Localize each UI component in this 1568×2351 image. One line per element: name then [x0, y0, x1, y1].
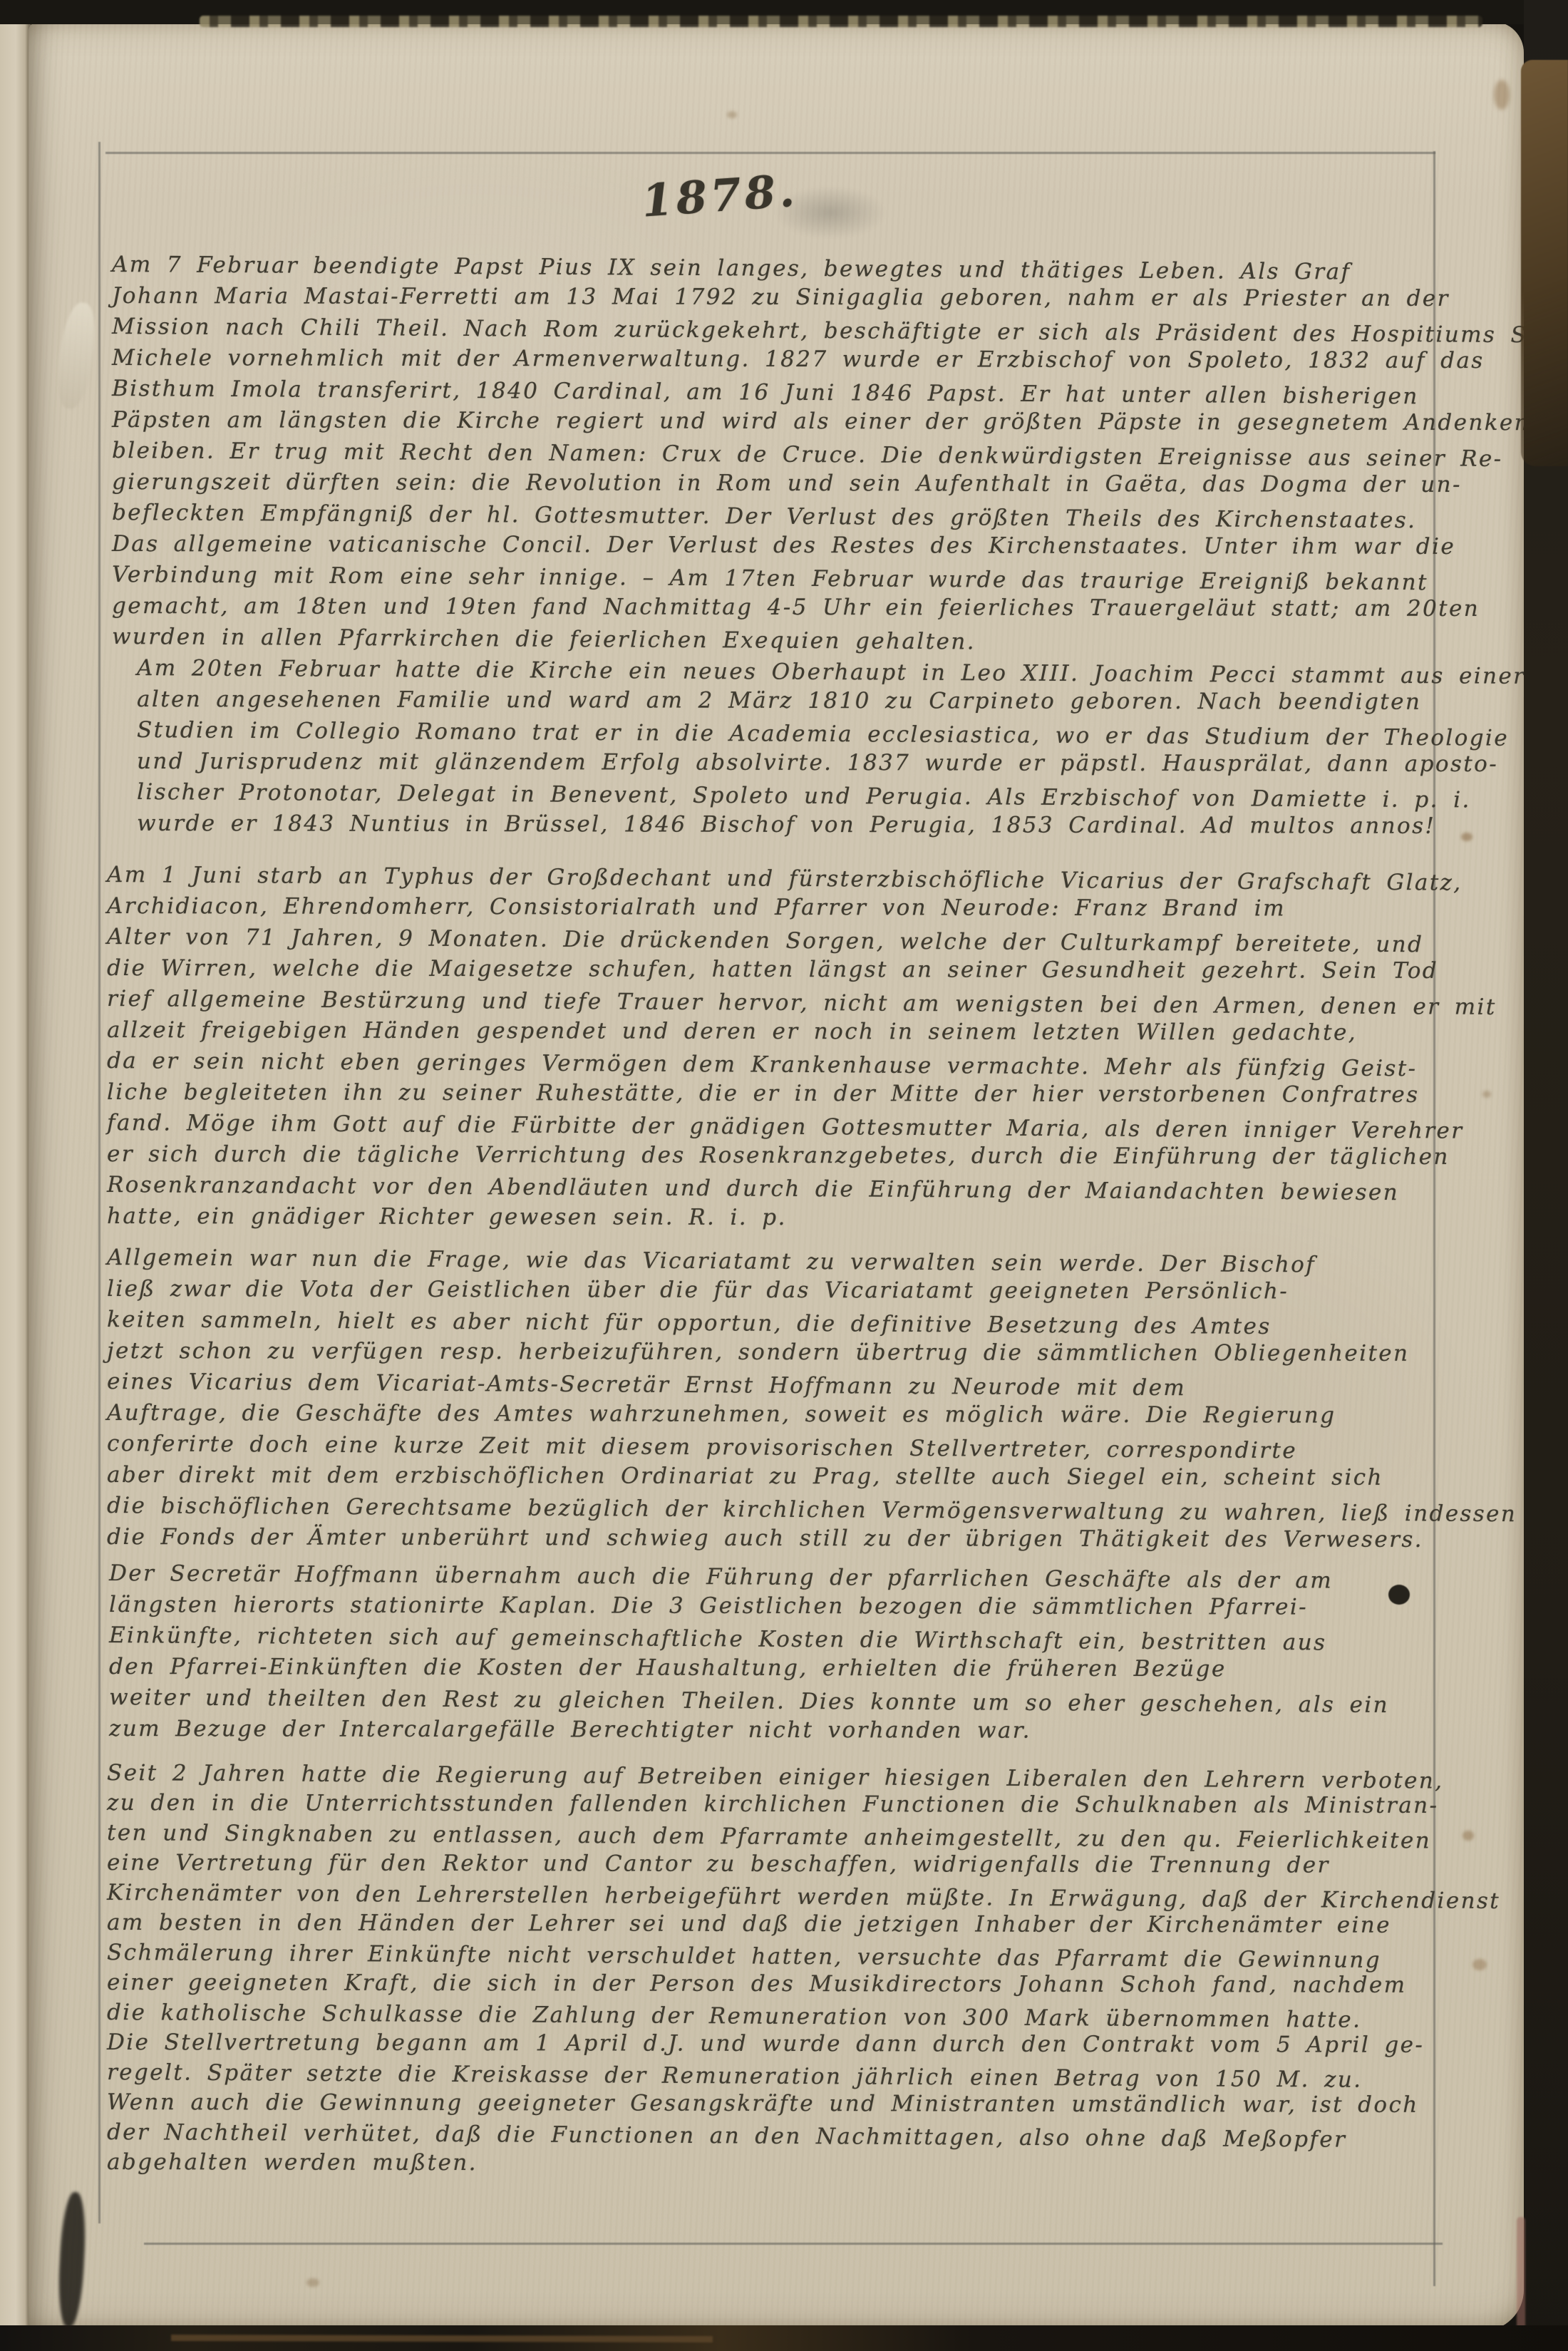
text-line: alten angesehenen Familie und ward am 2 …: [137, 684, 1491, 718]
text-line: gierungszeit dürften sein: die Revolutio…: [112, 467, 1466, 500]
text-line: Johann Maria Mastai-Ferretti am 13 Mai 1…: [112, 281, 1466, 314]
text-line: ließ zwar die Vota der Geistlichen über …: [107, 1274, 1461, 1307]
text-line: Die Stellvertretung begann am 1 April d.…: [107, 2027, 1461, 2060]
paragraph: Am 7 Februar beendigte Papst Pius IX sei…: [112, 249, 1466, 653]
text-line: abgehalten werden mußten.: [107, 2147, 1461, 2180]
text-line: die Wirren, welche die Maigesetze schufe…: [107, 953, 1461, 987]
text-line: hatte, ein gnädiger Richter gewesen sein…: [107, 1201, 1461, 1235]
text-line: wurde er 1843 Nuntius in Brüssel, 1846 B…: [137, 808, 1491, 842]
text-line: Wenn auch die Gewinnung geeigneter Gesan…: [107, 2087, 1461, 2120]
text-line: Michele vornehmlich mit der Armenverwalt…: [112, 343, 1466, 376]
text-line: und Jurisprudenz mit glänzendem Erfolg a…: [137, 746, 1491, 780]
text-line: die Fonds der Ämter unberührt und schwie…: [107, 1522, 1461, 1555]
text-line: liche begleiteten ihn zu seiner Ruhestät…: [107, 1077, 1461, 1111]
paragraph: Am 20ten Februar hatte die Kirche ein ne…: [137, 653, 1491, 839]
paragraph: Seit 2 Jahren hatte die Regierung auf Be…: [107, 1758, 1461, 2177]
manuscript-scan: 1878. Am 7 Februar beendigte Papst Pius …: [0, 0, 1568, 2351]
text-line: zum Bezuge der Intercalargefälle Berecht…: [109, 1714, 1463, 1747]
text-line: eine Vertretung für den Rektor und Canto…: [107, 1848, 1461, 1881]
text-line: Archidiacon, Ehrendomherr, Consistorialr…: [107, 891, 1461, 925]
text-line: Päpsten am längsten die Kirche regiert u…: [112, 405, 1466, 438]
paragraph: Allgemein war nun die Frage, wie das Vic…: [107, 1243, 1461, 1553]
text-line: allzeit freigebigen Händen gespendet und…: [107, 1015, 1461, 1049]
text-line: den Pfarrei-Einkünften die Kosten der Ha…: [109, 1652, 1463, 1685]
text-line: Das allgemeine vaticanische Concil. Der …: [112, 529, 1466, 562]
text-layer: Am 7 Februar beendigte Papst Pius IX sei…: [0, 0, 1525, 2351]
text-line: einer geeigneten Kraft, die sich in der …: [107, 1967, 1461, 2000]
text-line: Auftrage, die Geschäfte des Amtes wahrzu…: [107, 1398, 1461, 1431]
text-line: zu den in die Unterrichtsstunden fallend…: [107, 1788, 1461, 1821]
frayed-cloth-edge: [200, 16, 1482, 27]
paragraph: Am 1 Juni starb an Typhus der Großdechan…: [107, 860, 1461, 1232]
page-stack-edge: [1517, 2217, 1525, 2331]
text-line: aber direkt mit dem erzbischöflichen Ord…: [107, 1460, 1461, 1493]
text-line: am besten in den Händen der Lehrer sei u…: [107, 1908, 1461, 1940]
text-line: jetzt schon zu verfügen resp. herbeizufü…: [107, 1336, 1461, 1369]
text-line: gemacht, am 18ten und 19ten fand Nachmit…: [112, 591, 1466, 624]
leather-patch: [1521, 60, 1568, 466]
paragraph: Der Secretär Hoffmann übernahm auch die …: [109, 1558, 1463, 1744]
text-line: längsten hierorts stationirte Kaplan. Di…: [109, 1590, 1463, 1623]
text-line: er sich durch die tägliche Verrichtung d…: [107, 1139, 1461, 1173]
